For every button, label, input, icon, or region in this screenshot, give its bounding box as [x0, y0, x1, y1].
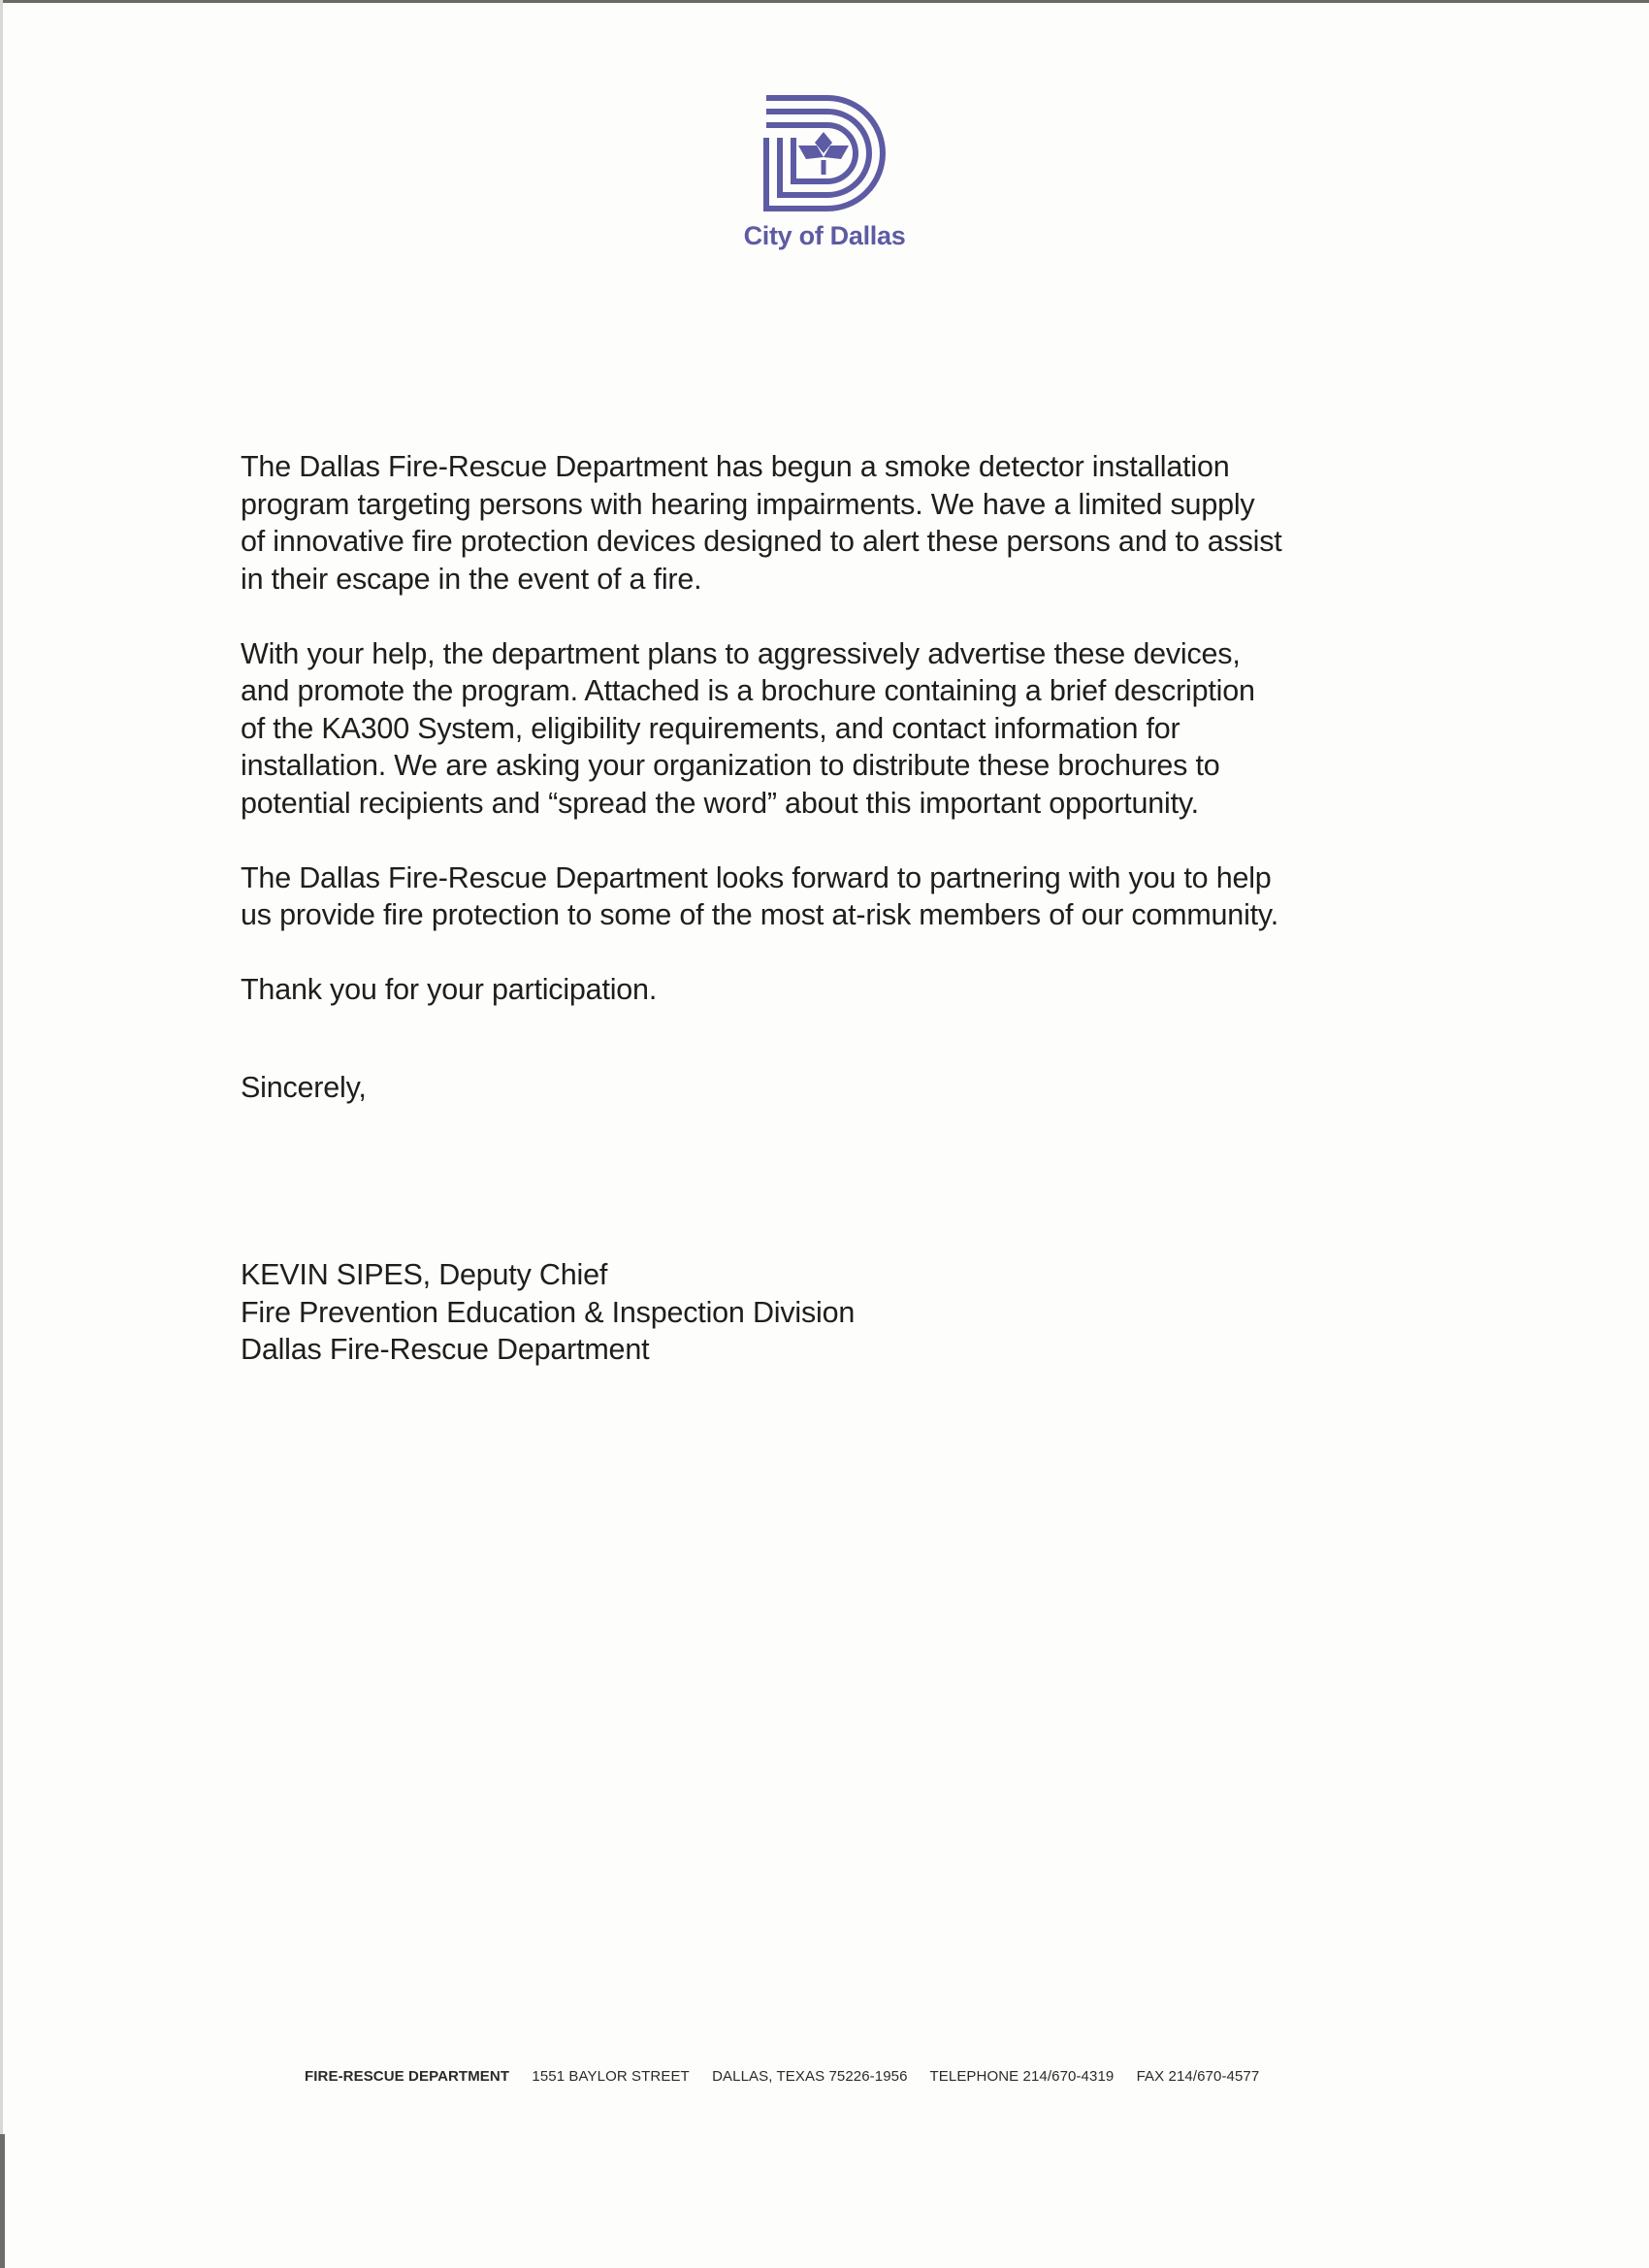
- signer-department: Dallas Fire-Rescue Department: [241, 1331, 1463, 1369]
- paragraph-intro: The Dallas Fire-Rescue Department has be…: [241, 448, 1463, 598]
- scan-edge-top: [0, 0, 1649, 3]
- letterhead: City of Dallas: [0, 93, 1649, 251]
- letterhead-footer: FIRE-RESCUE DEPARTMENT 1551 BAYLOR STREE…: [305, 2068, 1277, 2085]
- scan-edge-left-dark: [0, 2134, 5, 2268]
- footer-fax: FAX 214/670-4577: [1137, 2068, 1260, 2085]
- letter-body: The Dallas Fire-Rescue Department has be…: [241, 448, 1463, 1369]
- footer-street: 1551 BAYLOR STREET: [532, 2068, 689, 2085]
- signer-name-title: KEVIN SIPES, Deputy Chief: [241, 1256, 1463, 1294]
- footer-city: DALLAS, TEXAS 75226-1956: [712, 2068, 907, 2085]
- closing: Sincerely,: [241, 1069, 1463, 1107]
- paragraph-request: With your help, the department plans to …: [241, 635, 1463, 823]
- scan-edge-left: [0, 0, 3, 2134]
- city-of-dallas-d-logo-icon: [763, 93, 886, 211]
- signature-space: [241, 1106, 1463, 1256]
- paragraph-partnership: The Dallas Fire-Rescue Department looks …: [241, 859, 1463, 934]
- paragraph-thanks: Thank you for your participation.: [241, 971, 1463, 1009]
- footer-department: FIRE-RESCUE DEPARTMENT: [305, 2068, 509, 2085]
- org-name: City of Dallas: [0, 221, 1649, 251]
- footer-telephone: TELEPHONE 214/670-4319: [930, 2068, 1115, 2085]
- signer-division: Fire Prevention Education & Inspection D…: [241, 1294, 1463, 1332]
